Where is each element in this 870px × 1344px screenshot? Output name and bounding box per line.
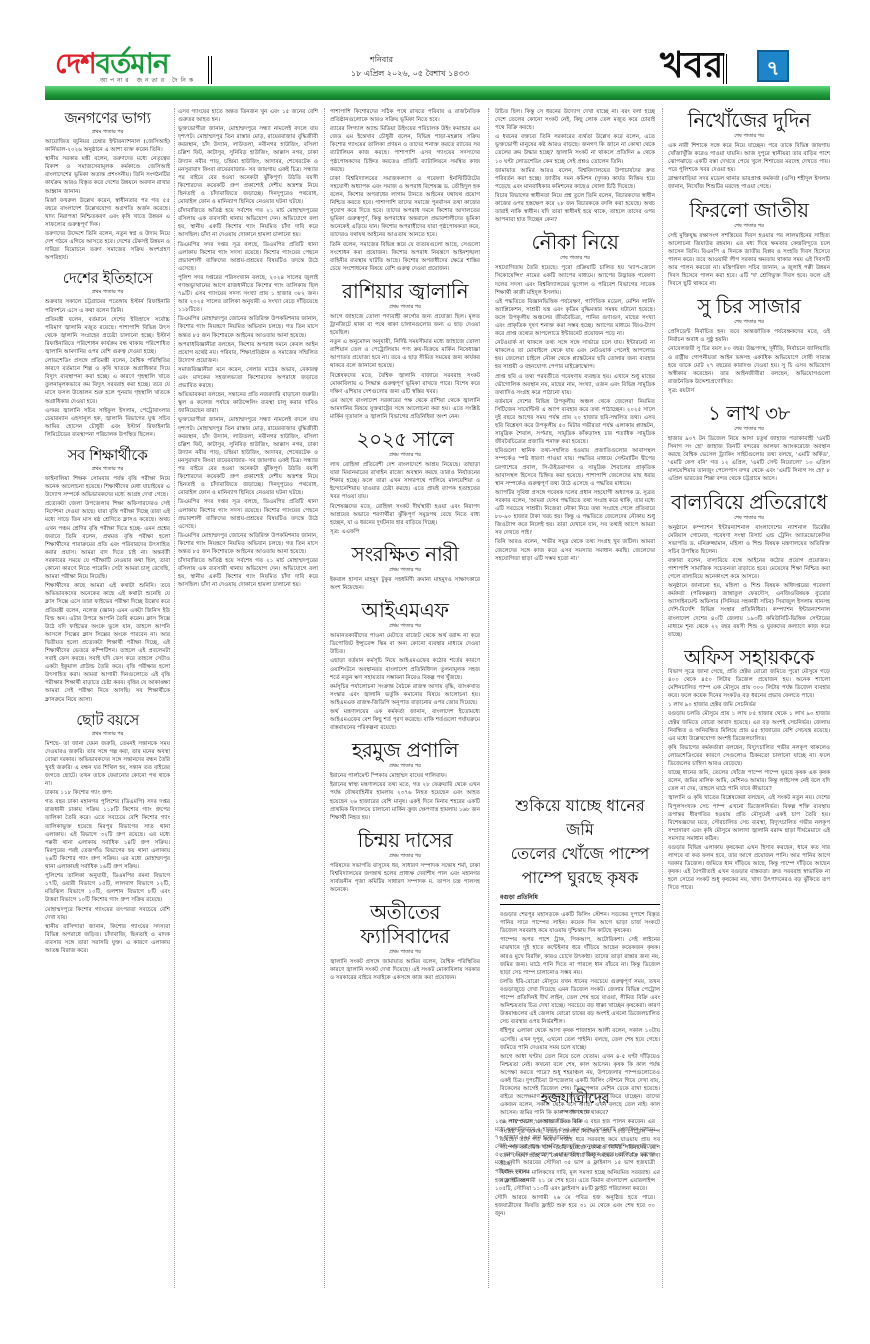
masthead-divider-right <box>723 54 727 84</box>
article-headline[interactable]: নিখোঁজের দুদিন <box>668 108 830 132</box>
article-paragraph: সংশ্লিষ্ট সূত্র জানায়, বগুড়া জেলায় নি… <box>500 1128 660 1168</box>
continued-label: প্রথম পাতার পর <box>330 452 480 459</box>
article-paragraph: পুলিশের তালিকা অনুযায়ী, ডিএমপির রমনা বি… <box>45 872 170 904</box>
article-headline[interactable]: ১ লাখ ৩৮ <box>668 401 830 425</box>
article-paragraph: হাজার ৯০৭ টন ডিজেল নিয়ে আসা চতুর্থ জাহা… <box>668 435 830 484</box>
continued-label: প্রথম পাতার পর <box>330 304 480 311</box>
article-1-lakh-38: ১ লাখ ৩৮ শেষ পাতার পর হাজার ৯০৭ টন ডিজেল… <box>668 401 830 484</box>
article-paragraph: ফাইনালিয়া শিক্ষক সোমবার পর্যন্ত বৃত্তি … <box>45 475 170 499</box>
continued-label: প্রথম পাতার পর <box>45 731 170 738</box>
continued-label: প্রথম পাতার পর <box>45 289 170 296</box>
article-headline[interactable]: দেশের ইতিহাসে <box>45 268 170 288</box>
article-paragraph: সমাজবিজ্ঞানীরা মনে করেন, খেলার মাঠের অভা… <box>178 366 318 390</box>
article-songrokkhito-nari: সংরক্ষিত নারী প্রথম পাতার পর ইকবাল হাসান… <box>330 542 480 592</box>
article-paragraph: এ ধরনের বক্তব্যে তিনি সরকারের ব্যর্থতা উ… <box>495 133 655 165</box>
column-1: জনগণের ভাগ্য প্রথম পাতার পর আয়োজিত জুনি… <box>45 108 170 1344</box>
continued-label: শেষ পাতার পর <box>668 515 830 522</box>
continued-label: শেষ পাতার পর <box>668 319 830 326</box>
article-paragraph: জ্বালানি ও কৃষি খাতের বিশ্লেষকেরা বলছেন,… <box>668 794 830 843</box>
column-5: নিখোঁজের দুদিন শেষ পাতার পর এক নারী শিশা… <box>668 108 830 668</box>
article-paragraph: স্থানীয় বাসিন্দারা জানান, কিশোর গ্যাংয়… <box>45 923 170 955</box>
article-paragraph: মির্জা ফখরুল উল্লেখ করেন, স্বাধীনতার পর … <box>45 197 170 229</box>
article-paragraph: ভুক্তভোগীরা জানান, মোহাম্মদপুরে সন্ধ্যা … <box>178 416 318 497</box>
article-paragraph: ব্রাহ্মণবাড়িয়া সদর মডেল থানার ভারপ্রাপ… <box>668 175 830 191</box>
article-paragraph: আমানতকারীদের পাওনা মেটাতে বাজেট থেকে অর্… <box>330 632 480 656</box>
masthead: দেশবর্তমান আপনার জনতার দৈনিক শনিবার ১৮ এ… <box>0 42 870 84</box>
article-paragraph: লোডশেডিং প্রসঙ্গে প্রতিমন্ত্রী বলেন, বৈশ… <box>45 357 170 406</box>
continued-label: শেষ পাতার পর <box>668 133 830 140</box>
article-paragraph: তিনি বলেন, সমাজের বিভিন্ন স্তরে যে ব্যত্… <box>330 241 480 273</box>
article-paragraph: যাচ্ছে ধানের জমি, তেলের খোঁজে পাম্পে পাম… <box>668 769 830 793</box>
continued-label: শেষ পাতার পর <box>495 255 655 262</box>
article-kishor-gang-continued: পাশাপাশি কিশোরদের সঠিক পথে রাখতে পরিবার … <box>330 108 480 273</box>
masthead-divider <box>208 56 212 84</box>
article-paragraph: ডিএমপির সদর দপ্তর সূত্র বলছে, ডিএমপির প্… <box>178 498 318 530</box>
article-paragraph: জ্বালানি সংকট প্রসঙ্গে জামায়াত আমির বলে… <box>330 958 480 982</box>
feature-headline-line-1: শুকিয়ে যাচ্ছে ধানের জমি <box>500 794 660 842</box>
article-headline[interactable]: অফিস সহায়ককে <box>668 645 830 668</box>
article-balyobiye: বাল্যবিয়ে প্রতিরোধে শেষ পাতার পর অনুষ্ঠ… <box>668 490 830 639</box>
article-nouka-niye: নৌকা নিয়ে শেষ পাতার পর সহযোগিতায় তৈরি … <box>495 230 655 562</box>
feature-headline-line-3: পাম্পে ঘুরছে কৃষক <box>500 866 660 890</box>
continued-label: প্রথম পাতার পর <box>330 623 480 630</box>
article-subhead: ৭২ পাম্পে চাপ, কোথাও সীমিত বিক্রি <box>500 1118 660 1126</box>
article-paragraph: অর্থ মন্ত্রণালয়ের এক কর্মকর্তা জানান, ব… <box>330 708 480 732</box>
continued-label: প্রথম পাতার পর <box>330 853 480 860</box>
article-paragraph: বক্তারা বলেন, বাল্যবিয়ে বন্ধে আইনের কঠো… <box>668 557 830 581</box>
article-paragraph: ফিলিং স্টেশন মালিকদের দাবি, মূল সমস্যা হ… <box>500 1169 660 1185</box>
article-paragraph: কৃষি বিভাগের কর্মকর্তারা বলছেন, বিদ্যুৎচ… <box>668 744 830 768</box>
article-paragraph: র‍্যাবের লিগ্যাল অ্যান্ড মিডিয়া উইংয়ের… <box>330 125 480 174</box>
article-paragraph: অপরাধবিজ্ঞানীরা বলছেন, কিশোর অপরাধ দমনে … <box>178 341 318 365</box>
section-title: খবর <box>660 48 723 84</box>
column-divider <box>174 108 175 1288</box>
article-headline[interactable]: হরমুজ প্রণালি <box>330 738 480 762</box>
article-paragraph: অনুষ্ঠানে জানানো হয়, মহিলা ও শিশু বিষয়… <box>668 582 830 639</box>
article-paragraph: ডিএমপির সদর দপ্তর সূত্র বলছে, ডিএমপির প্… <box>178 241 318 273</box>
article-paragraph: নতুন এ অনুমোদন অনুযায়ী, নির্দিষ্ট সময়স… <box>330 338 480 370</box>
continued-label: প্রথম পাতার পর <box>330 763 480 770</box>
article-paragraph: ইকবাল হাসান মাহমুদ টুকুর সহধর্মিণী রুমান… <box>330 576 480 592</box>
article-paragraph: অনুষ্ঠানে কম্প্যাশন ইন্টারন্যাশনাল বাংলা… <box>668 524 830 556</box>
article-paragraph: পুলিশ সদর দপ্তরের পরিসংখ্যান বলছে, ২০২৪ … <box>178 274 318 314</box>
continued-label: প্রথম পাতার পর <box>45 466 170 473</box>
article-paragraph: বিশেষজ্ঞদের মতে, রোহিঙ্গা সংকট দীর্ঘস্থা… <box>330 503 480 527</box>
article-paragraph: পাম্পের অপর পাশে ট্রাক, পিকআপ, অটোরিকশা।… <box>500 936 660 976</box>
page-number-badge: ৭ <box>757 50 789 82</box>
article-phirlo-jatiyo: ফিরলো জাতীয় শেষ পাতার পর সেই মুক্তিযুদ্… <box>668 198 830 289</box>
column-divider <box>488 108 489 1288</box>
article-jamaat-continued: উচিত ছিল। কিন্তু সে ধরনের উদ্যোগ দেখা যা… <box>495 108 655 224</box>
article-headline[interactable]: সংরক্ষিত নারী <box>330 542 480 566</box>
column-divider <box>662 108 663 1288</box>
article-paragraph: ইরানের স্বাস্থ্য মন্ত্রণালয়ের তথ্য মতে,… <box>330 781 480 821</box>
article-paragraph: প্রতিমন্ত্রী বলেন, বর্তমানে দেশের ইতিহাস… <box>45 316 170 356</box>
logo-part-desh: দেশ <box>55 47 96 80</box>
article-paragraph: ইরানের পার্লামেন্ট স্পিকার মোহাম্মদ বাঘে… <box>330 772 480 780</box>
article-headline[interactable]: ছোট বয়সে <box>45 710 170 730</box>
article-headline[interactable]: বাল্যবিয়ে প্রতিরোধে <box>668 490 830 514</box>
column-2: এসব গ্যাংয়ের হাতে অন্তত তিনজন খুন এবং ১… <box>178 108 318 1344</box>
article-paragraph: অ্যাপটির সুবিধা প্রসঙ্গে গবেষক দলের প্রধ… <box>495 489 655 538</box>
article-paragraph: মোহাম্মদপুরে কিশোর গ্যাংয়ের তৎপরতা সবচে… <box>45 906 170 922</box>
article-paragraph: বিভাগ সূত্রে জানা গেছে, প্রতি হেক্টর বোর… <box>668 668 830 700</box>
article-paragraph: শুক্রবার সকালে চট্টগ্রামের পতেঙ্গায় ইস্… <box>45 298 170 314</box>
newspaper-logo[interactable]: দেশবর্তমান <box>55 50 169 78</box>
header-color-band <box>45 86 830 100</box>
column-4: উচিত ছিল। কিন্তু সে ধরনের উদ্যোগ দেখা যা… <box>495 108 655 778</box>
article-headline[interactable]: সব শিক্ষার্থীকে <box>45 445 170 465</box>
article-source: সূত্র: এএফপি <box>330 528 480 536</box>
article-headline[interactable]: চিন্ময় দাসের <box>330 828 480 852</box>
article-paragraph: প্রত্যেকটা জেলা উপজেলার শিক্ষা অফিসারদের… <box>45 500 170 581</box>
article-paragraph: চলতি ইরি-বোরো মৌসুমে যখন ধানের সবচেয়ে গ… <box>500 978 660 1027</box>
article-paragraph: বর্তমানে দেশের বিভিন্ন উপকূলীয় অঞ্চল থে… <box>495 398 655 447</box>
issue-date: ১৮ এপ্রিল ২০২৬, ০৫ বৈশাখ ১৪৩৩ <box>290 68 530 81</box>
article-chhoto-boyose: ছোট বয়সে প্রথম পাতার পর মিশছে- তা জানা … <box>45 710 170 955</box>
article-headline[interactable]: সু চির সাজার <box>668 294 830 318</box>
article-paragraph: চাঁদাবাজিতে অতিষ্ঠ হয়ে সর্বশেষ গত ২১ মা… <box>178 207 318 239</box>
article-paragraph: বিচার বিভাগের স্বাধীনতা নিয়ে প্রশ্ন তুল… <box>495 192 655 224</box>
article-paragraph: তরুণদের উদ্দেশে তিনি বলেন, নতুন স্বপ্ন ও… <box>45 230 170 262</box>
article-paragraph: মিশছে- তা জানা যেমন জরুরি, তেমনই সন্তানক… <box>45 740 170 789</box>
article-paragraph: এই পদ্ধতিতে বিজ্ঞানভিত্তিক পর্যবেক্ষণ, গ… <box>495 298 655 338</box>
article-paragraph: এসময় জ্বালানি সচিব সাইফুল ইসলাম, পেট্রো… <box>45 407 170 439</box>
article-paragraph: লাখ রোহিঙ্গা প্রতিবেশী দেশ বাংলাদেশে আশ্… <box>330 461 480 501</box>
article-nikhojer-dudin: নিখোঁজের দুদিন শেষ পাতার পর এক নারী শিশা… <box>668 108 830 192</box>
article-chinmoy-daser: চিন্ময় দাসের প্রথম পাতার পর পরিষদের সভা… <box>330 828 480 894</box>
continued-label: প্রথম পাতার পর <box>45 129 170 136</box>
feature-headline[interactable]: শুকিয়ে যাচ্ছে ধানের জমি তেলের খোঁজে পাম… <box>500 794 660 890</box>
article-office-sohayok: অফিস সহায়ককে শেষ পাতার পর ছিলেন অ্যাটর্… <box>668 645 830 668</box>
article-paragraph: নেটওয়ার্ক না থাকলে তথ্য সঙ্গে সঙ্গে সার… <box>495 339 655 371</box>
article-paragraph: ছবিগুলো স্থানিক তথ্য-সম্বলিত হওয়ায় প্র… <box>495 447 655 487</box>
article-paragraph: তিনি আরও বলেন, 'গভীর সমুদ্র থেকে তথ্য সং… <box>495 538 655 562</box>
article-paragraph: চাঁদাবাজিতে অতিষ্ঠ হয়ে সর্বশেষ গত ২১ মা… <box>178 557 318 589</box>
article-otiter-fascibader: অতীতের ফ্যাসিবাদের প্রথম পাতার পর জ্বালা… <box>330 900 480 982</box>
article-paragraph: পাশাপাশি কিশোরদের সঠিক পথে রাখতে পরিবার … <box>330 108 480 124</box>
article-paragraph: বগুড়ার বিভিন্ন এলাকায় কৃষকেরা এখন হিসা… <box>668 844 830 893</box>
article-paragraph: ডিএমপির মোহাম্মদপুর জোনের অতিরিক্ত উপকমি… <box>178 532 318 556</box>
article-jonogoner-vaggo: জনগণের ভাগ্য প্রথম পাতার পর আয়োজিত জুনি… <box>45 108 170 262</box>
article-headline[interactable]: অতীতের ফ্যাসিবাদের <box>330 900 480 948</box>
article-desher-itihase: দেশের ইতিহাসে প্রথম পাতার পর শুক্রবার সক… <box>45 268 170 439</box>
column-3: পাশাপাশি কিশোরদের সঠিক পথে রাখতে পরিবার … <box>330 108 480 1344</box>
article-subhead: ১ লাখ ৯০ হাজার হেক্টর জমি সেচনির্ভর <box>668 701 830 709</box>
article-paragraph: গত বছর ঢাকা মহানগর পুলিশের (ডিএমপি) সদর … <box>45 798 170 871</box>
article-paragraph: পরিষদের সভাপতি বাসুদেব ধর, সাধারণ সম্পাদ… <box>330 862 480 894</box>
article-headline[interactable]: ২০২৫ সালে <box>330 427 480 451</box>
article-paragraph: আগে আধা ঘণ্টায় তেল নিয়ে চলে যেতাম। এখন… <box>500 1053 660 1118</box>
continued-label: শেষ পাতার পর <box>668 223 830 230</box>
article-paragraph: সেই মুক্তিযুদ্ধ রক্ষাসংগ সশস্ত্রিয়ের দি… <box>668 232 830 289</box>
article-paragraph: ভুক্তভোগীরা জানান, মোহাম্মদপুরে সন্ধ্যা … <box>178 125 318 206</box>
article-headline[interactable]: জনগণের ভাগ্য <box>45 108 170 128</box>
article-paragraph: ঢাকা বিশ্ববিদ্যালয়ের সমাজকল্যাণ ও গবেষণ… <box>330 175 480 240</box>
article-paragraph: প্রেসিডেন্ট নির্বাচিত হন। তবে আন্তর্জাতি… <box>668 328 830 344</box>
article-paragraph: বিশ্লেষকদের মতে, বৈশ্বিক জ্বালানি বাজারে… <box>330 372 480 396</box>
article-chhoto-boyose-continued: এসব গ্যাংয়ের হাতে অন্তত তিনজন খুন এবং ১… <box>178 108 318 589</box>
article-paragraph: অভিভাবকরা বলছেন, সন্তানের প্রতি নজরদারি … <box>178 391 318 415</box>
article-paragraph: এছাড়া বর্তমান কর্মসূচি নিয়ে আইএমএফের ক… <box>330 657 480 681</box>
article-subhead: ঢাকায় ১১৮ কিশোর গ্যাং গ্রুপ: <box>45 789 170 797</box>
article-paragraph: এসব গ্যাংয়ের হাতে অন্তত তিনজন খুন এবং ১… <box>178 108 318 124</box>
article-paragraph: বগুড়ার শেরপুর মহাসড়কে একটি ফিলিং স্টেশ… <box>500 911 660 935</box>
continued-label: শেষ পাতার পর <box>668 426 830 433</box>
newspaper-tagline: আপনার জনতার দৈনিক <box>100 75 196 86</box>
article-paragraph: এক নারী শিশাকে সঙ্গে করে নিয়ে যাচ্ছেন। … <box>668 142 830 174</box>
continued-label: প্রথম পাতার পর <box>330 567 480 574</box>
article-headline[interactable]: আইএমএফ <box>330 598 480 622</box>
feature-article-left: শুকিয়ে যাচ্ছে ধানের জমি তেলের খোঁজে পাম… <box>500 790 660 1344</box>
article-paragraph: আগে জাহাজে তোলা পণ্যবাহী কার্গোর জন্য প্… <box>330 313 480 337</box>
article-paragraph: সহযোগিতায় তৈরি হয়েছে। পুরো প্রক্রিয়াট… <box>495 264 655 296</box>
column-divider <box>324 108 325 1288</box>
article-suu-kyi: সু চির সাজার শেষ পাতার পর প্রেসিডেন্ট নি… <box>668 294 830 395</box>
continued-label: প্রথম পাতার পর <box>330 949 480 956</box>
article-paragraph: উচিত ছিল। কিন্তু সে ধরনের উদ্যোগ দেখা যা… <box>495 108 655 132</box>
article-sob-shikkharthike: সব শিক্ষার্থীকে প্রথম পাতার পর ফাইনালিয়… <box>45 445 170 704</box>
article-paragraph: প্রাপ্ত ছবি ও তথ্য পরবর্তীতে গবেষণায় ব্… <box>495 373 655 397</box>
article-russiar-jalani: রাশিয়ার জ্বালানি প্রথম পাতার পর আগে জাহ… <box>330 279 480 421</box>
article-imf: আইএমএফ প্রথম পাতার পর আমানতকারীদের পাওনা… <box>330 598 480 732</box>
article-headline[interactable]: রাশিয়ার জ্বালানি <box>330 279 480 303</box>
day-name: শনিবার <box>370 54 393 67</box>
article-source: সূত্র: রয়টার্স <box>668 387 830 395</box>
article-hormuz-pronali: হরমুজ প্রণালি প্রথম পাতার পর ইরানের পার্… <box>330 738 480 822</box>
feature-article-right: বিভাগ সূত্রে জানা গেছে, প্রতি হেক্টর বোর… <box>668 668 830 1344</box>
article-paragraph: নোবেলজয়ী সু চির বয়স ৮০ বছর। উচ্চপদস্থ,… <box>668 345 830 385</box>
article-paragraph: এর আগে বাংলাদেশ সরকারের পক্ষ থেকে রাশিয়… <box>330 397 480 421</box>
feature-headline-line-2: তেলের খোঁজে পাম্পে <box>500 842 660 866</box>
article-headline[interactable]: নৌকা নিয়ে <box>495 230 655 254</box>
article-paragraph: ডিএমপির মোহাম্মদপুর জোনের অতিরিক্ত উপকমি… <box>178 315 318 339</box>
article-paragraph: ধাঁইপুর এলাকা থেকে আসা কৃষক শাজাহান আলী … <box>500 1027 660 1051</box>
article-headline[interactable]: ফিরলো জাতীয় <box>668 198 830 222</box>
article-paragraph: শিক্ষার্থীদের কাছে আমরা এই কথাটা শুনিনি।… <box>45 582 170 703</box>
article-paragraph: বগুড়ায় চলতি মৌসুমে প্রায় ১ লাখ ৮৫ হাজ… <box>668 710 830 742</box>
article-paragraph: কর্মসূচির পর্যালোচনা সংক্রান্ত বৈঠকে রাজ… <box>330 683 480 707</box>
article-paragraph: জামায়াত আমির আরও বলেন, বিশ্ববিদ্যালয়ের… <box>495 167 655 191</box>
article-2025-sale: ২০২৫ সালে প্রথম পাতার পর লাখ রোহিঙ্গা প্… <box>330 427 480 536</box>
feature-byline: বগুড়া প্রতিনিধি <box>500 894 660 905</box>
article-paragraph: আয়োজিত জুনিয়র চেম্বার ইন্টারন্যাশনাল (… <box>45 138 170 154</box>
article-paragraph: স্থানীয় সরকার মন্ত্রী বলেন, তরুণদের মধ্… <box>45 155 170 195</box>
